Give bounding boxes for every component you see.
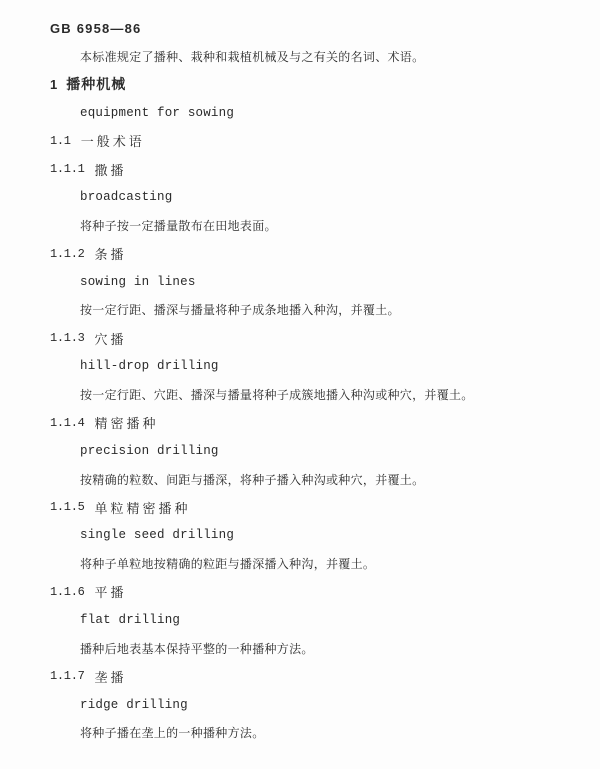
term-english: flat drilling xyxy=(80,613,180,627)
term-name: 垄播 xyxy=(95,667,127,686)
term-english-line: ridge drilling xyxy=(50,691,560,719)
term-definition-line: 将种子播在垄上的一种播种方法。 xyxy=(50,719,560,747)
term-english: broadcasting xyxy=(80,190,172,204)
term-number: 1.1.5 xyxy=(50,500,85,514)
term-definition: 按一定行距、播深与播量将种子成条地播入种沟，并覆土。 xyxy=(80,301,400,318)
term-definition: 按精确的粒数、间距与播深，将种子播入种沟或种穴，并覆土。 xyxy=(80,471,424,488)
term-english-line: single seed drilling xyxy=(50,521,560,549)
term-definition-line: 按一定行距、穴距、播深与播量将种子成簇地播入种沟或种穴，并覆土。 xyxy=(50,380,560,408)
subsection-heading: 1.1 一般术语 xyxy=(50,127,560,155)
section-heading: 1 播种机械 xyxy=(50,70,560,98)
term-definition-line: 按精确的粒数、间距与播深，将种子播入种沟或种穴，并覆土。 xyxy=(50,465,560,493)
term-heading: 1.1.1 撒播 xyxy=(50,155,560,183)
term-name: 平播 xyxy=(95,582,127,601)
term-english: hill-drop drilling xyxy=(80,359,219,373)
subsection-title: 一般术语 xyxy=(81,131,145,150)
term-heading: 1.1.4 精密播种 xyxy=(50,409,560,437)
term-english: sowing in lines xyxy=(80,275,196,289)
term-name: 单粒精密播种 xyxy=(95,498,191,517)
doc-number: GB 6958—86 xyxy=(50,21,142,36)
subsection-number: 1.1 xyxy=(50,134,71,148)
term-heading: 1.1.2 条播 xyxy=(50,240,560,268)
term-definition: 将种子播在垄上的一种播种方法。 xyxy=(80,724,265,741)
term-definition: 将种子按一定播量散布在田地表面。 xyxy=(80,217,277,234)
term-number: 1.1.7 xyxy=(50,669,85,683)
term-definition-line: 按一定行距、播深与播量将种子成条地播入种沟，并覆土。 xyxy=(50,296,560,324)
term-heading: 1.1.6 平播 xyxy=(50,578,560,606)
term-name: 精密播种 xyxy=(95,413,159,432)
term-english-line: broadcasting xyxy=(50,183,560,211)
section-english-line: equipment for sowing xyxy=(50,99,560,127)
term-number: 1.1.2 xyxy=(50,247,85,261)
term-heading: 1.1.5 单粒精密播种 xyxy=(50,493,560,521)
doc-header-line: GB 6958—86 xyxy=(50,14,560,42)
term-name: 撒播 xyxy=(95,160,127,179)
term-heading: 1.1.3 穴播 xyxy=(50,324,560,352)
term-english: single seed drilling xyxy=(80,528,234,542)
term-number: 1.1.3 xyxy=(50,331,85,345)
term-name: 条播 xyxy=(95,244,127,263)
intro-line: 本标准规定了播种、栽种和栽植机械及与之有关的名词、术语。 xyxy=(50,42,560,70)
term-heading: 1.1.7 垄播 xyxy=(50,662,560,690)
term-name: 穴播 xyxy=(95,329,127,348)
term-number: 1.1.4 xyxy=(50,416,85,430)
term-english-line: precision drilling xyxy=(50,437,560,465)
term-english: ridge drilling xyxy=(80,698,188,712)
section-english: equipment for sowing xyxy=(80,106,234,120)
term-definition-line: 播种后地表基本保持平整的一种播种方法。 xyxy=(50,634,560,662)
term-english-line: sowing in lines xyxy=(50,268,560,296)
term-english-line: flat drilling xyxy=(50,606,560,634)
document-page: GB 6958—86 本标准规定了播种、栽种和栽植机械及与之有关的名词、术语。 … xyxy=(0,0,600,769)
term-definition: 将种子单粒地按精确的粒距与播深播入种沟，并覆土。 xyxy=(80,555,375,572)
term-definition: 按一定行距、穴距、播深与播量将种子成簇地播入种沟或种穴，并覆土。 xyxy=(80,386,474,403)
intro-paragraph: 本标准规定了播种、栽种和栽植机械及与之有关的名词、术语。 xyxy=(80,48,424,65)
term-english: precision drilling xyxy=(80,444,219,458)
term-definition-line: 将种子按一定播量散布在田地表面。 xyxy=(50,211,560,239)
term-number: 1.1.1 xyxy=(50,162,85,176)
term-english-line: hill-drop drilling xyxy=(50,352,560,380)
section-number: 1 xyxy=(50,77,57,92)
term-number: 1.1.6 xyxy=(50,585,85,599)
term-definition-line: 将种子单粒地按精确的粒距与播深播入种沟，并覆土。 xyxy=(50,550,560,578)
section-title: 播种机械 xyxy=(66,74,126,94)
term-definition: 播种后地表基本保持平整的一种播种方法。 xyxy=(80,640,314,657)
